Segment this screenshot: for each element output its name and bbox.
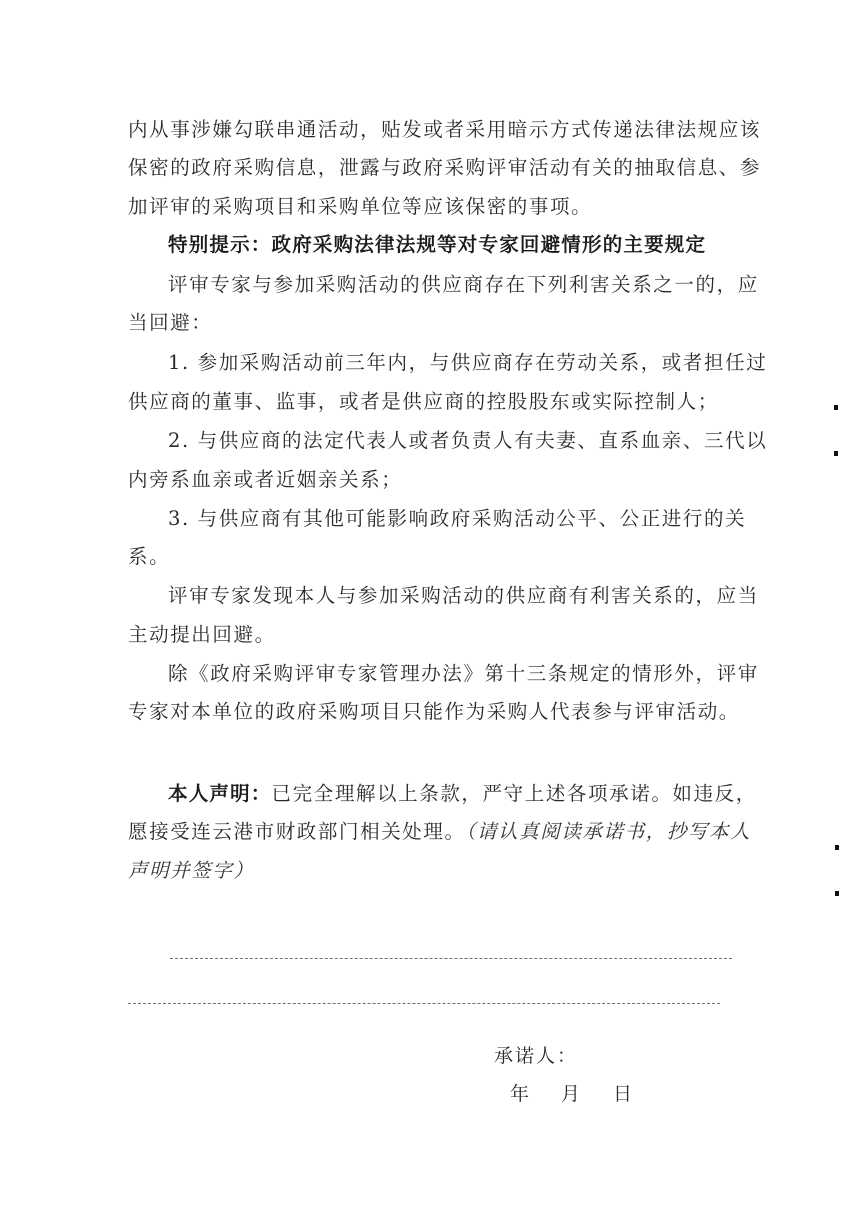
body-line: 内从事涉嫌勾联串通活动，贴发或者采用暗示方式传递法律法规应该 [128,118,738,142]
binding-hole-mark [834,405,838,410]
item-1-line: 1. 参加采购活动前三年内，与供应商存在劳动关系，或者担任过 [168,351,738,375]
date-month-label: 月 [561,1079,582,1106]
item-2-line: 内旁系血亲或者近姻亲关系； [128,468,738,492]
declaration-line: 本人声明：已完全理解以上条款，严守上述各项承诺。如违反， [168,782,738,806]
binding-hole-mark [835,891,839,896]
intro-line: 评审专家与参加采购活动的供应商存在下列利害关系之一的，应 [168,273,738,297]
body-line: 保密的政府采购信息，泄露与政府采购评审活动有关的抽取信息、参 [128,156,738,180]
date-day-label: 日 [613,1079,634,1106]
declaration-instruction: 声明并签字） [128,859,738,883]
binding-hole-mark [834,451,838,456]
body-line: 加评审的采购项目和采购单位等应该保密的事项。 [128,195,738,219]
declaration-instruction: （请认真阅读承诺书，抄写本人 [466,820,752,843]
exception-line: 除《政府采购评审专家管理办法》第十三条规定的情形外，评审 [168,662,738,686]
declaration-line: 愿接受连云港市财政部门相关处理。（请认真阅读承诺书，抄写本人 [128,820,738,844]
item-3-line: 3. 与供应商有其他可能影响政府采购活动公平、公正进行的关 [168,507,738,531]
item-2-line: 2. 与供应商的法定代表人或者负责人有夫妻、直系血亲、三代以 [168,429,738,453]
duty-line: 评审专家发现本人与参加采购活动的供应商有利害关系的，应当 [168,584,738,608]
binding-hole-mark [835,845,839,850]
duty-line: 主动提出回避。 [128,623,738,647]
item-3-line: 系。 [128,545,738,569]
exception-line: 专家对本单位的政府采购项目只能作为采购人代表参与评审活动。 [128,700,738,724]
handwriting-line[interactable] [128,1003,720,1004]
item-1-line: 供应商的董事、监事，或者是供应商的控股股东或实际控制人； [128,390,738,414]
date-year-label: 年 [510,1079,531,1106]
declaration-text: 愿接受连云港市财政部门相关处理。 [128,820,466,843]
handwriting-line[interactable] [170,958,732,959]
intro-line: 当回避： [128,311,738,335]
promisor-label: 承诺人： [494,1041,578,1068]
declaration-text: 已完全理解以上条款，严守上述各项承诺。如违反， [272,782,757,805]
special-notice-title: 特别提示：政府采购法律法规等对专家回避情形的主要规定 [168,233,738,257]
declaration-label: 本人声明： [168,782,272,805]
